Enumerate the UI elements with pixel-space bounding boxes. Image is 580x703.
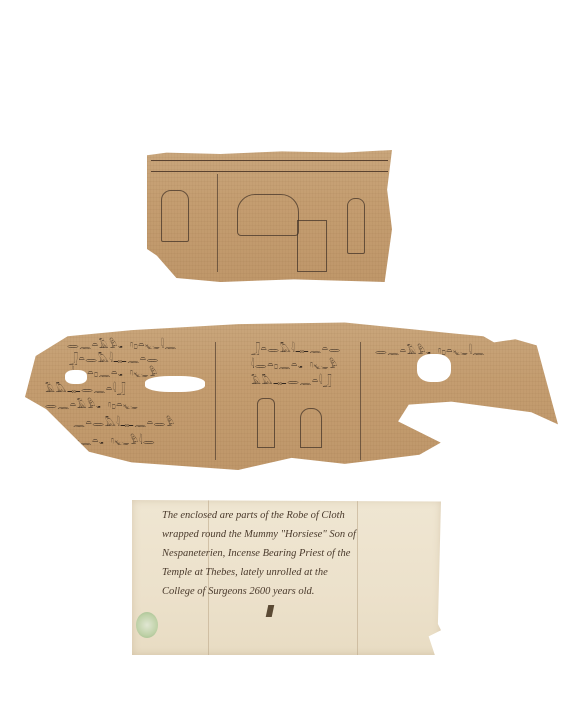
seated-deity-drawing: [161, 190, 189, 242]
green-seal-stamp: [136, 612, 158, 638]
hieratic-line: 𓇋𓂋𓏏𓊪𓈖𓏏𓂝𓆑𓅱: [251, 356, 338, 372]
hieratic-line: 𓊪𓈖𓏏𓂝𓆑𓅱𓇋𓂋: [75, 432, 155, 448]
note-line-5: College of Surgeons 2600 years old.: [162, 582, 432, 601]
offering-table-drawing: [297, 220, 327, 272]
handwritten-note: The enclosed are parts of the Robe of Cl…: [132, 500, 441, 655]
column-divider: [360, 342, 361, 460]
note-line-1: The enclosed are parts of the Robe of Cl…: [162, 506, 432, 525]
hieratic-line: 𓂋𓈖𓏏𓄿𓅱𓂝𓊪𓏏𓆑: [45, 396, 138, 412]
offering-pile-drawing: [237, 194, 299, 236]
column-divider: [215, 342, 216, 460]
tear-hole: [65, 370, 87, 384]
hieratic-line: 𓄿𓅓𓊃𓂋𓈖𓏏𓇋𓃀: [45, 380, 126, 396]
hieratic-line: 𓈖𓏏𓂋𓅓𓇋𓊃𓈖𓏏𓂋𓅱: [73, 414, 175, 430]
linen-fragment-top: [147, 150, 392, 282]
glyph-border-band: [151, 160, 388, 172]
hieratic-line: 𓃀𓏏𓂋𓅓𓇋𓊃𓈖𓏏𓂋: [251, 340, 341, 356]
note-line-3: Nespaneterien, Incense Bearing Priest of…: [162, 544, 432, 563]
note-line-4: Temple at Thebes, lately unrolled at the: [162, 563, 432, 582]
divider-line: [217, 174, 218, 272]
seated-figure-drawing: [257, 398, 275, 448]
linen-fragment-middle: 𓂋𓈖𓏏𓄿𓅱𓂝𓊪𓏏𓆑𓇋𓈖 𓃀𓏏𓂋𓅓𓇋𓊃𓈖𓏏𓂋 𓇋𓂋𓏏𓊪𓈖𓏏𓂝𓆑𓅱 𓄿𓅓𓊃𓂋𓈖𓏏𓇋𓃀…: [25, 318, 558, 470]
hieratic-line: 𓄿𓅓𓊃𓂋𓈖𓏏𓇋𓃀: [251, 372, 332, 388]
tear-hole: [417, 354, 451, 382]
tear-hole: [145, 376, 205, 392]
ink-blot: [266, 605, 275, 617]
note-text: The enclosed are parts of the Robe of Cl…: [162, 506, 432, 601]
note-line-2: wrapped round the Mummy "Horsiese" Son o…: [162, 525, 432, 544]
kneeling-figure-drawing: [300, 408, 322, 448]
standing-figure-drawing: [347, 198, 365, 254]
